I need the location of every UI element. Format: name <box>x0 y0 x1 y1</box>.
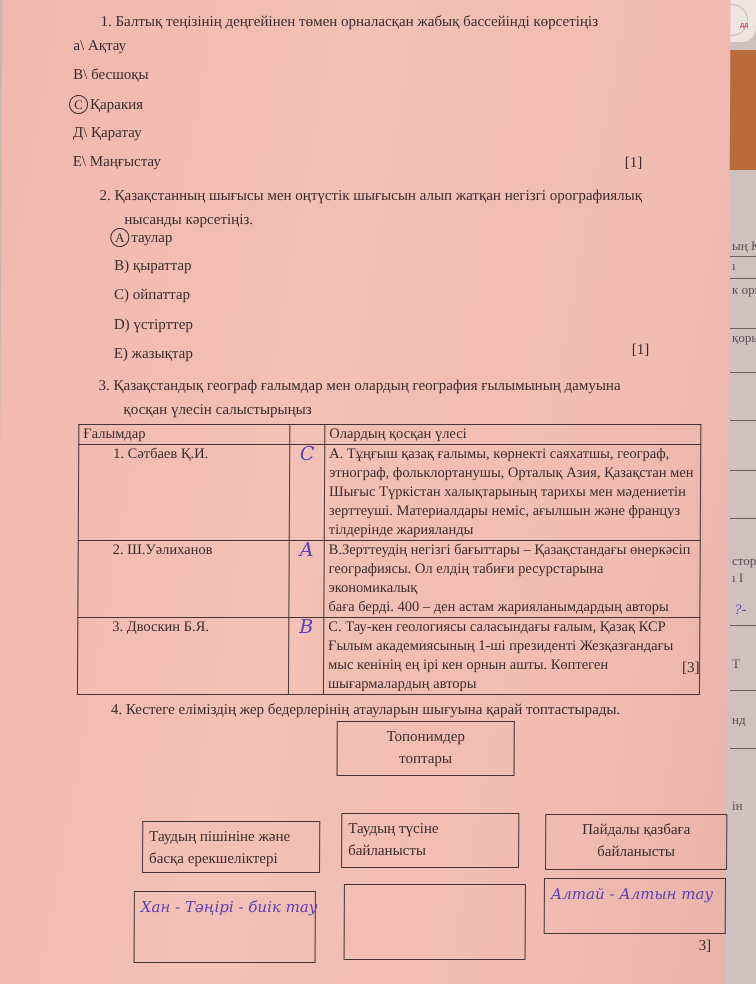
contribution-cell: С. Тау-кен геологиясы саласындағы ғалым,… <box>323 618 699 695</box>
question-2-option-e[interactable]: E) жазықтар <box>114 346 193 363</box>
question-2-option-a[interactable]: Aтаулар <box>110 228 172 247</box>
scientist-name: 2. Ш.Уәлиханов <box>78 541 289 618</box>
circled-answer-mark: С <box>69 95 88 114</box>
answer-box-mountain-color[interactable] <box>344 884 526 960</box>
handwritten-answer: A <box>300 539 314 561</box>
answer-box-minerals[interactable]: Алтай - Алтын тау <box>544 878 726 934</box>
question-1-option-b[interactable]: В\ бесшоқы <box>73 67 149 84</box>
question-2-option-b[interactable]: B) қыраттар <box>114 258 191 275</box>
scientists-matching-table: Ғалымдар Олардың қосқан үлесі 1. Сәтбаев… <box>77 424 701 695</box>
table-row: 2. Ш.Уәлиханов A В.Зерттеудің негізгі ба… <box>78 541 700 618</box>
handwritten-answer <box>345 885 525 893</box>
question-2-option-d[interactable]: D) үстірттер <box>114 317 193 334</box>
background-text-fragment: Т <box>732 656 740 672</box>
header-contribution: Олардың қосқан үлесі <box>325 425 701 445</box>
question-1-marks: [1] <box>625 155 643 172</box>
question-4-marks: 3] <box>699 938 712 955</box>
circled-answer-mark: A <box>110 228 129 247</box>
background-text-fragment: нд <box>732 712 746 728</box>
contribution-cell: А. Тұңғыш қазақ ғалымы, көрнекті саяхатш… <box>324 445 701 541</box>
question-1-prompt: 1. Балтық теңізінің деңгейінен төмен орн… <box>100 12 598 32</box>
group-minerals: Пайдалы қазбаға байланысты <box>545 814 727 870</box>
question-3-prompt: 3. Қазақстандық географ ғалымдар мен ола… <box>99 376 621 396</box>
background-text-fragment: к орн <box>732 282 756 298</box>
worksheet-page: 1. Балтық теңізінің деңгейінен төмен орн… <box>0 0 731 984</box>
handwritten-answer: Хан - Тәңірі - биік тау <box>135 892 315 922</box>
question-3-marks: [3] <box>682 660 700 677</box>
question-3-prompt-cont: қосқан үлесін салыстырыңыз <box>123 400 311 420</box>
table-header-row: Ғалымдар Олардың қосқан үлесі <box>79 425 701 445</box>
header-scientists: Ғалымдар <box>79 425 290 445</box>
question-4-prompt: 4. Кестеге еліміздің жер бедерлерінің ат… <box>111 700 620 720</box>
background-text-fragment: ı I <box>732 570 743 586</box>
answer-cell[interactable]: C <box>289 445 325 541</box>
contribution-cell: В.Зерттеудің негізгі бағыттары – Қазақст… <box>324 541 700 618</box>
answer-cell[interactable]: B <box>288 618 323 695</box>
group-shape-features: Таудың пішініне және басқа ерекшеліктері <box>142 821 320 873</box>
table-row: 3. Двоскин Б.Я. B С. Тау-кен геологиясы … <box>77 618 699 695</box>
background-handwriting: ?- <box>734 602 747 619</box>
question-1-option-a[interactable]: а\ Ақтау <box>73 38 126 55</box>
question-1-option-c[interactable]: СҚаракия <box>69 95 143 114</box>
background-text-fragment: стор <box>732 553 756 569</box>
header-answer <box>290 425 325 445</box>
question-2-option-c[interactable]: C) ойпаттар <box>114 287 190 304</box>
background-text-fragment: ін <box>732 798 743 814</box>
question-1-option-d[interactable]: Д\ Қаратау <box>73 125 142 142</box>
handwritten-answer: C <box>300 443 315 465</box>
question-2-prompt: 2. Қазақстанның шығысы мен оңтүстік шығы… <box>99 186 642 206</box>
toponym-groups-box: Топонимдер топтары <box>337 721 515 776</box>
background-text-fragment: қоры <box>732 330 756 346</box>
background-text-fragment: ı <box>732 258 736 274</box>
table-row: 1. Сәтбаев Қ.И. C А. Тұңғыш қазақ ғалымы… <box>78 445 701 541</box>
scientist-name: 3. Двоскин Б.Я. <box>77 618 288 695</box>
answer-box-shape-features[interactable]: Хан - Тәңірі - биік тау <box>134 891 316 963</box>
question-1-option-e[interactable]: Е\ Маңғыстау <box>73 154 161 171</box>
handwritten-answer: Алтай - Алтын тау <box>545 879 725 909</box>
handwritten-answer: B <box>299 616 313 638</box>
question-2-marks: [1] <box>632 342 650 359</box>
group-mountain-color: Таудың түсіне байланысты <box>341 813 519 868</box>
answer-cell[interactable]: A <box>289 541 324 618</box>
question-2-prompt-cont: нысанды кәрсетіңіз. <box>124 210 253 230</box>
scientist-name: 1. Сәтбаев Қ.И. <box>78 445 290 541</box>
background-text-fragment: ың Қа <box>732 238 756 254</box>
